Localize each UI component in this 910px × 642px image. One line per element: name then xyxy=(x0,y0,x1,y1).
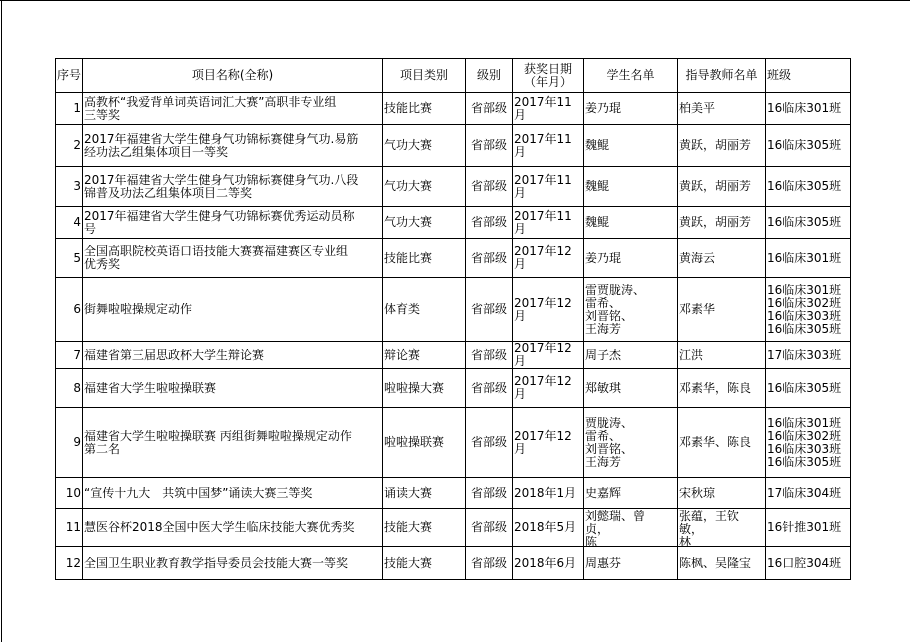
award-date: 2017年12月 xyxy=(514,429,572,456)
cell-project-name: 街舞啦啦操规定动作 xyxy=(83,278,383,342)
header-teachers: 指导教师名单 xyxy=(678,59,766,93)
student-name-line: 王海芳 xyxy=(585,323,676,336)
cell-seq: 8 xyxy=(56,369,83,408)
project-type: 技能大赛 xyxy=(384,520,432,534)
cell-class: 16临床305班 xyxy=(766,125,851,167)
award-level: 省部级 xyxy=(471,101,507,115)
table-row: 6街舞啦啦操规定动作体育类省部级2017年12月雷贾胧涛、雷希、刘晋铭、王海芳邓… xyxy=(56,278,851,342)
cell-date: 2017年11月 xyxy=(513,125,584,167)
cell-project-type: 啦啦操联赛 xyxy=(383,408,466,478)
project-name-line: 锦普及功法乙组集体项目二等奖 xyxy=(84,187,381,200)
cell-project-type: 辩论赛 xyxy=(383,342,466,369)
award-date: 2018年1月 xyxy=(514,486,576,500)
student-name-line: 雷希、 xyxy=(585,430,676,443)
table-row: 42017年福建省大学生健身气功锦标赛优秀运动员称号气功大赛省部级2017年11… xyxy=(56,207,851,239)
teacher-name-line: 宋秋琼 xyxy=(679,487,764,500)
project-type: 啦啦操联赛 xyxy=(384,435,444,449)
award-date: 2017年12月 xyxy=(514,342,572,369)
class-name-line: 16临床305班 xyxy=(767,180,849,193)
class-name-line: 16临床305班 xyxy=(767,216,849,229)
cell-project-name: 高教杯“我爱背单词英语词汇大赛”高职非专业组三等奖 xyxy=(83,93,383,125)
cell-class: 16临床301班16临床302班16临床303班16临床305班 xyxy=(766,408,851,478)
award-date: 2017年11月 xyxy=(514,173,572,200)
cell-date: 2017年11月 xyxy=(513,167,584,207)
seq-number: 8 xyxy=(73,381,81,395)
cell-teachers: 柏美平 xyxy=(678,93,766,125)
award-level: 省部级 xyxy=(471,302,507,316)
cell-date: 2017年12月 xyxy=(513,408,584,478)
cell-class: 17临床303班 xyxy=(766,342,851,369)
cell-project-name: 福建省大学生啦啦操联赛 xyxy=(83,369,383,408)
table-row: 8福建省大学生啦啦操联赛啦啦操大赛省部级2017年12月郑敏琪邓素华，陈良16临… xyxy=(56,369,851,408)
student-name-line: 魏鲲 xyxy=(585,139,676,152)
student-name-line: 魏鲲 xyxy=(585,180,676,193)
teacher-name-line: 黄海云 xyxy=(679,252,764,265)
student-name-line: 陈 xyxy=(585,536,676,546)
class-name-line: 16临床301班 xyxy=(767,102,849,115)
cell-teachers: 黄海云 xyxy=(678,239,766,278)
header-students: 学生名单 xyxy=(584,59,678,93)
cell-teachers: 张蕴，王钦敏，林 xyxy=(678,509,766,547)
cell-project-type: 气功大赛 xyxy=(383,167,466,207)
project-name-line: 福建省大学生啦啦操联赛 丙组街舞啦啦操规定动作 xyxy=(84,430,381,443)
teacher-name-line: 黄跃，胡丽芳 xyxy=(679,216,764,229)
cell-project-type: 技能比赛 xyxy=(383,93,466,125)
cell-teachers: 邓素华，陈良 xyxy=(678,369,766,408)
teacher-name-line: 张蕴，王钦 xyxy=(679,510,764,523)
cell-teachers: 陈枫、吴隆宝 xyxy=(678,547,766,580)
cell-level: 省部级 xyxy=(466,207,513,239)
cell-project-type: 诵读大赛 xyxy=(383,478,466,509)
project-name-line: 号 xyxy=(84,223,381,236)
cell-level: 省部级 xyxy=(466,478,513,509)
cell-teachers: 江洪 xyxy=(678,342,766,369)
cell-teachers: 黄跃，胡丽芳 xyxy=(678,207,766,239)
cell-students: 周惠芬 xyxy=(584,547,678,580)
cell-date: 2017年12月 xyxy=(513,239,584,278)
cell-teachers: 宋秋琼 xyxy=(678,478,766,509)
teacher-name-line: 邓素华、陈良 xyxy=(679,436,764,449)
award-date: 2017年11月 xyxy=(514,209,572,236)
header-date-line1: 获奖日期 xyxy=(514,63,582,76)
student-name-line: 刘晋铭、 xyxy=(585,443,676,456)
cell-seq: 11 xyxy=(56,509,83,547)
student-name-line: 刘懿瑞、曾 xyxy=(585,510,676,523)
cell-date: 2017年11月 xyxy=(513,93,584,125)
seq-number: 4 xyxy=(73,215,81,229)
cell-level: 省部级 xyxy=(466,125,513,167)
project-name-line: 2017年福建省大学生健身气功锦标赛健身气功.易筋 xyxy=(84,133,381,146)
table-row: 5全国高职院校英语口语技能大赛赛福建赛区专业组优秀奖技能比赛省部级2017年12… xyxy=(56,239,851,278)
header-row: 序号 项目名称(全称) 项目类别 级别 获奖日期 （年月） 学生名单 指导教师名… xyxy=(56,59,851,93)
student-name-line: 贾胧涛、 xyxy=(585,417,676,430)
class-name-line: 16临床305班 xyxy=(767,139,849,152)
header-type: 项目类别 xyxy=(383,59,466,93)
cell-class: 16临床301班 xyxy=(766,93,851,125)
cell-project-name: 2017年福建省大学生健身气功锦标赛健身气功.八段锦普及功法乙组集体项目二等奖 xyxy=(83,167,383,207)
page-border-top xyxy=(0,0,910,1)
project-name-line: 街舞啦啦操规定动作 xyxy=(84,303,381,316)
page-border-left xyxy=(1,0,2,642)
cell-class: 16针推301班 xyxy=(766,509,851,547)
cell-project-name: 2017年福建省大学生健身气功锦标赛优秀运动员称号 xyxy=(83,207,383,239)
cell-seq: 5 xyxy=(56,239,83,278)
class-name-line: 16临床303班 xyxy=(767,310,849,323)
table-row: 11慧医谷杯2018全国中医大学生临床技能大赛优秀奖技能大赛省部级2018年5月… xyxy=(56,509,851,547)
cell-teachers: 黄跃，胡丽芳 xyxy=(678,167,766,207)
cell-level: 省部级 xyxy=(466,167,513,207)
table-row: 22017年福建省大学生健身气功锦标赛健身气功.易筋经功法乙组集体项目一等奖气功… xyxy=(56,125,851,167)
award-date: 2017年12月 xyxy=(514,374,572,401)
cell-students: 姜乃琨 xyxy=(584,93,678,125)
class-name-line: 16临床305班 xyxy=(767,323,849,336)
teacher-name-line: 林 xyxy=(679,536,764,546)
teacher-name-line: 邓素华 xyxy=(679,303,764,316)
cell-seq: 7 xyxy=(56,342,83,369)
cell-teachers: 邓素华、陈良 xyxy=(678,408,766,478)
student-name-line: 周子杰 xyxy=(585,349,676,362)
table-row: 12全国卫生职业教育教学指导委员会技能大赛一等奖技能大赛省部级2018年6月周惠… xyxy=(56,547,851,580)
award-date: 2018年6月 xyxy=(514,556,576,570)
cell-date: 2017年11月 xyxy=(513,207,584,239)
teacher-name-line: 江洪 xyxy=(679,349,764,362)
header-name: 项目名称(全称) xyxy=(83,59,383,93)
cell-level: 省部级 xyxy=(466,239,513,278)
project-name-line: 慧医谷杯2018全国中医大学生临床技能大赛优秀奖 xyxy=(84,521,381,534)
cell-project-name: “宣传十九大 共筑中国梦”诵读大赛三等奖 xyxy=(83,478,383,509)
seq-number: 1 xyxy=(73,101,81,115)
cell-seq: 1 xyxy=(56,93,83,125)
class-name-line: 16临床305班 xyxy=(767,382,849,395)
cell-date: 2018年6月 xyxy=(513,547,584,580)
student-name-line: 姜乃琨 xyxy=(585,102,676,115)
award-level: 省部级 xyxy=(471,215,507,229)
cell-level: 省部级 xyxy=(466,342,513,369)
project-type: 啦啦操大赛 xyxy=(384,381,444,395)
project-type: 技能比赛 xyxy=(384,101,432,115)
student-name-line: 史嘉辉 xyxy=(585,487,676,500)
seq-number: 11 xyxy=(66,520,81,534)
cell-project-name: 福建省第三届思政杯大学生辩论赛 xyxy=(83,342,383,369)
cell-project-type: 技能大赛 xyxy=(383,509,466,547)
cell-seq: 3 xyxy=(56,167,83,207)
cell-seq: 6 xyxy=(56,278,83,342)
project-type: 气功大赛 xyxy=(384,215,432,229)
cell-students: 魏鲲 xyxy=(584,125,678,167)
cell-project-name: 全国高职院校英语口语技能大赛赛福建赛区专业组优秀奖 xyxy=(83,239,383,278)
class-name-line: 16临床302班 xyxy=(767,297,849,310)
project-type: 体育类 xyxy=(384,302,420,316)
student-name-line: 刘晋铭、 xyxy=(585,310,676,323)
student-name-line: 姜乃琨 xyxy=(585,252,676,265)
cell-project-type: 技能大赛 xyxy=(383,547,466,580)
cell-level: 省部级 xyxy=(466,278,513,342)
student-name-line: 贞， xyxy=(585,523,676,536)
cell-date: 2018年1月 xyxy=(513,478,584,509)
class-name-line: 17临床303班 xyxy=(767,349,849,362)
project-name-line: “宣传十九大 共筑中国梦”诵读大赛三等奖 xyxy=(84,487,381,500)
teacher-name-line: 陈枫、吴隆宝 xyxy=(679,557,764,570)
cell-class: 16临床301班16临床302班16临床303班16临床305班 xyxy=(766,278,851,342)
cell-teachers: 邓素华 xyxy=(678,278,766,342)
cell-level: 省部级 xyxy=(466,509,513,547)
project-name-line: 全国高职院校英语口语技能大赛赛福建赛区专业组 xyxy=(84,245,381,258)
table-row: 10“宣传十九大 共筑中国梦”诵读大赛三等奖诵读大赛省部级2018年1月史嘉辉宋… xyxy=(56,478,851,509)
cell-students: 贾胧涛、雷希、刘晋铭、王海芳 xyxy=(584,408,678,478)
cell-project-name: 2017年福建省大学生健身气功锦标赛健身气功.易筋经功法乙组集体项目一等奖 xyxy=(83,125,383,167)
student-name-line: 王海芳 xyxy=(585,456,676,469)
cell-students: 郑敏琪 xyxy=(584,369,678,408)
project-name-line: 福建省大学生啦啦操联赛 xyxy=(84,382,381,395)
student-name-line: 雷希、 xyxy=(585,297,676,310)
header-date-line2: （年月） xyxy=(514,76,582,89)
project-name-line: 高教杯“我爱背单词英语词汇大赛”高职非专业组 xyxy=(84,96,381,109)
teacher-name-line: 黄跃，胡丽芳 xyxy=(679,139,764,152)
award-level: 省部级 xyxy=(471,348,507,362)
cell-students: 魏鲲 xyxy=(584,167,678,207)
award-level: 省部级 xyxy=(471,138,507,152)
cell-level: 省部级 xyxy=(466,547,513,580)
cell-project-name: 福建省大学生啦啦操联赛 丙组街舞啦啦操规定动作第二名 xyxy=(83,408,383,478)
header-date: 获奖日期 （年月） xyxy=(513,59,584,93)
table-row: 7福建省第三届思政杯大学生辩论赛辩论赛省部级2017年12月周子杰江洪17临床3… xyxy=(56,342,851,369)
cell-seq: 4 xyxy=(56,207,83,239)
award-level: 省部级 xyxy=(471,251,507,265)
project-type: 技能比赛 xyxy=(384,251,432,265)
cell-class: 16口腔304班 xyxy=(766,547,851,580)
project-name-line: 全国卫生职业教育教学指导委员会技能大赛一等奖 xyxy=(84,557,381,570)
seq-number: 6 xyxy=(73,302,81,316)
cell-project-type: 气功大赛 xyxy=(383,125,466,167)
class-name-line: 16临床301班 xyxy=(767,252,849,265)
seq-number: 9 xyxy=(73,435,81,449)
cell-level: 省部级 xyxy=(466,408,513,478)
seq-number: 5 xyxy=(73,251,81,265)
project-type: 气功大赛 xyxy=(384,179,432,193)
project-name-line: 三等奖 xyxy=(84,109,381,122)
awards-table: 序号 项目名称(全称) 项目类别 级别 获奖日期 （年月） 学生名单 指导教师名… xyxy=(55,58,851,580)
cell-project-type: 啦啦操大赛 xyxy=(383,369,466,408)
project-type: 辩论赛 xyxy=(384,348,420,362)
cell-date: 2017年12月 xyxy=(513,342,584,369)
project-name-line: 福建省第三届思政杯大学生辩论赛 xyxy=(84,349,381,362)
cell-students: 史嘉辉 xyxy=(584,478,678,509)
header-seq: 序号 xyxy=(56,59,83,93)
cell-level: 省部级 xyxy=(466,369,513,408)
award-date: 2017年12月 xyxy=(514,244,572,271)
class-name-line: 16临床301班 xyxy=(767,284,849,297)
cell-class: 16临床305班 xyxy=(766,207,851,239)
cell-class: 16临床301班 xyxy=(766,239,851,278)
project-type: 诵读大赛 xyxy=(384,486,432,500)
cell-students: 周子杰 xyxy=(584,342,678,369)
cell-project-name: 全国卫生职业教育教学指导委员会技能大赛一等奖 xyxy=(83,547,383,580)
cell-students: 姜乃琨 xyxy=(584,239,678,278)
student-name-line: 雷贾胧涛、 xyxy=(585,284,676,297)
table-row: 1高教杯“我爱背单词英语词汇大赛”高职非专业组三等奖技能比赛省部级2017年11… xyxy=(56,93,851,125)
award-date: 2017年11月 xyxy=(514,132,572,159)
project-name-line: 2017年福建省大学生健身气功锦标赛优秀运动员称 xyxy=(84,210,381,223)
project-name-line: 2017年福建省大学生健身气功锦标赛健身气功.八段 xyxy=(84,174,381,187)
class-name-line: 16临床302班 xyxy=(767,430,849,443)
cell-project-name: 慧医谷杯2018全国中医大学生临床技能大赛优秀奖 xyxy=(83,509,383,547)
table-row: 32017年福建省大学生健身气功锦标赛健身气功.八段锦普及功法乙组集体项目二等奖… xyxy=(56,167,851,207)
cell-students: 刘懿瑞、曾贞，陈 xyxy=(584,509,678,547)
class-name-line: 17临床304班 xyxy=(767,487,849,500)
seq-number: 3 xyxy=(73,179,81,193)
cell-project-type: 气功大赛 xyxy=(383,207,466,239)
cell-seq: 10 xyxy=(56,478,83,509)
cell-project-type: 体育类 xyxy=(383,278,466,342)
project-type: 气功大赛 xyxy=(384,138,432,152)
cell-seq: 12 xyxy=(56,547,83,580)
award-date: 2017年11月 xyxy=(514,95,572,122)
teacher-name-line: 柏美平 xyxy=(679,102,764,115)
class-name-line: 16临床301班 xyxy=(767,417,849,430)
cell-class: 16临床305班 xyxy=(766,369,851,408)
student-name-line: 郑敏琪 xyxy=(585,382,676,395)
award-level: 省部级 xyxy=(471,556,507,570)
award-level: 省部级 xyxy=(471,486,507,500)
award-date: 2017年12月 xyxy=(514,296,572,323)
seq-number: 10 xyxy=(66,486,81,500)
cell-class: 16临床305班 xyxy=(766,167,851,207)
project-name-line: 第二名 xyxy=(84,443,381,456)
award-date: 2018年5月 xyxy=(514,520,576,534)
student-name-line: 魏鲲 xyxy=(585,216,676,229)
cell-seq: 2 xyxy=(56,125,83,167)
project-type: 技能大赛 xyxy=(384,556,432,570)
cell-date: 2017年12月 xyxy=(513,278,584,342)
header-level: 级别 xyxy=(466,59,513,93)
project-name-line: 经功法乙组集体项目一等奖 xyxy=(84,146,381,159)
cell-date: 2018年5月 xyxy=(513,509,584,547)
cell-project-type: 技能比赛 xyxy=(383,239,466,278)
table-row: 9福建省大学生啦啦操联赛 丙组街舞啦啦操规定动作第二名啦啦操联赛省部级2017年… xyxy=(56,408,851,478)
class-name-line: 16针推301班 xyxy=(767,521,849,534)
award-level: 省部级 xyxy=(471,520,507,534)
class-name-line: 16口腔304班 xyxy=(767,557,849,570)
cell-date: 2017年12月 xyxy=(513,369,584,408)
cell-level: 省部级 xyxy=(466,93,513,125)
teacher-name-line: 黄跃，胡丽芳 xyxy=(679,180,764,193)
award-level: 省部级 xyxy=(471,179,507,193)
seq-number: 2 xyxy=(73,138,81,152)
header-class: 班级 xyxy=(766,59,851,93)
cell-students: 雷贾胧涛、雷希、刘晋铭、王海芳 xyxy=(584,278,678,342)
teacher-name-line: 邓素华，陈良 xyxy=(679,382,764,395)
award-level: 省部级 xyxy=(471,435,507,449)
cell-students: 魏鲲 xyxy=(584,207,678,239)
cell-teachers: 黄跃，胡丽芳 xyxy=(678,125,766,167)
class-name-line: 16临床305班 xyxy=(767,456,849,469)
student-name-line: 周惠芬 xyxy=(585,557,676,570)
project-name-line: 优秀奖 xyxy=(84,258,381,271)
class-name-line: 16临床303班 xyxy=(767,443,849,456)
cell-class: 17临床304班 xyxy=(766,478,851,509)
cell-seq: 9 xyxy=(56,408,83,478)
seq-number: 7 xyxy=(73,348,81,362)
seq-number: 12 xyxy=(66,556,81,570)
award-level: 省部级 xyxy=(471,381,507,395)
teacher-name-line: 敏， xyxy=(679,523,764,536)
